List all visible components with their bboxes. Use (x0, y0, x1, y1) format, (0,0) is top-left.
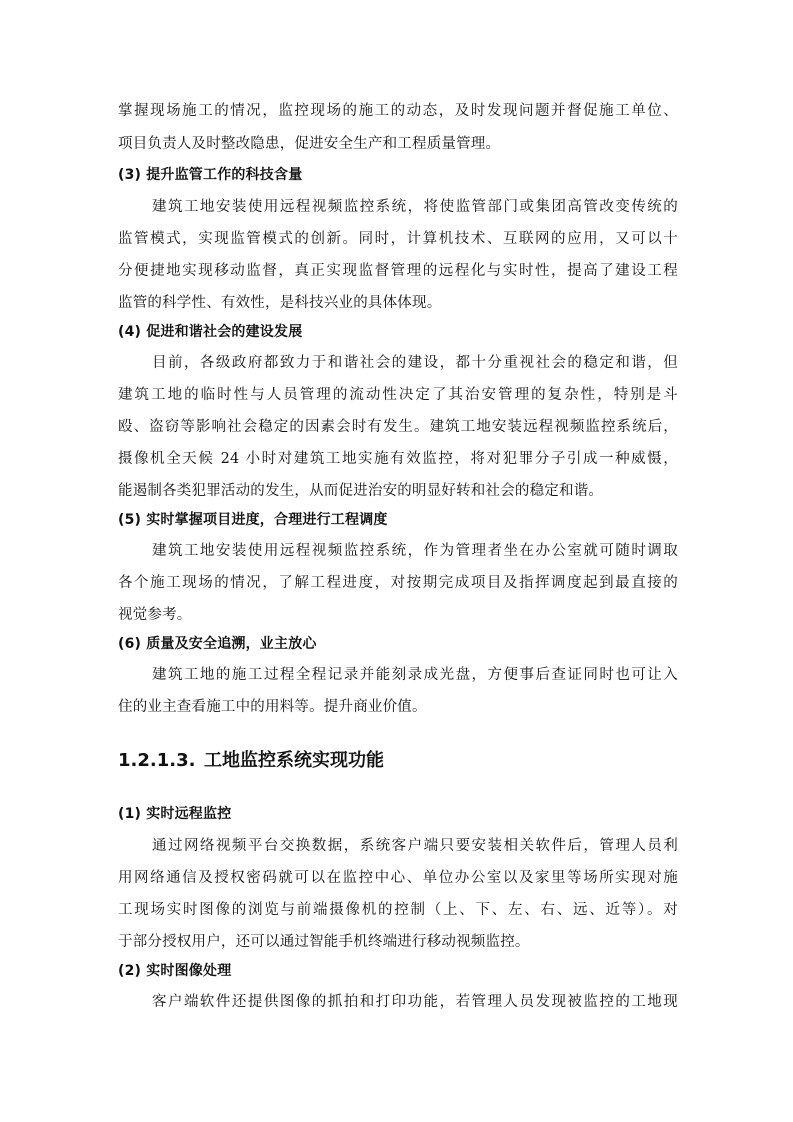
paragraph-line: 殴、盗窃等影响社会稳定的因素会时有发生。建筑工地安装远程视频监控系统后， (118, 417, 678, 437)
paragraph-line: 客户端软件还提供图像的抓拍和打印功能，若管理人员发现被监控的工地现 (152, 992, 678, 1012)
paragraph-line: 建筑工地的临时性与人员管理的流动性决定了其治安管理的复杂性，特别是斗 (118, 385, 678, 405)
document-page: 掌握现场施工的情况，监控现场的施工的动态，及时发现问题并督促施工单位、 项目负责… (0, 0, 793, 1122)
paragraph-line: 建筑工地安装使用远程视频监控系统，将使监管部门或集团高管改变传统的 (152, 197, 678, 217)
paragraph-line: 摄像机全天候 24 小时对建筑工地实施有效监控，将对犯罪分子引成一种威慑， (118, 449, 678, 469)
paragraph-line: 工现场实时图像的浏览与前端摄像机的控制（上、下、左、右、远、近等）。对 (118, 900, 678, 920)
paragraph-line: 监管模式，实现监管模式的创新。同时，计算机技术、互联网的应用，又可以十 (118, 229, 678, 249)
section-title: 工地监控系统实现功能 (204, 750, 384, 771)
paragraph-line: 视觉参考。 (118, 605, 678, 625)
paragraph-line: 用网络通信及授权密码就可以在监控中心、单位办公室以及家里等场所实现对施 (118, 868, 678, 888)
subheading-4: (4) 促进和谐社会的建设发展 (118, 322, 678, 342)
paragraph-line: 通过网络视频平台交换数据，系统客户端只要安装相关软件后，管理人员利 (152, 836, 678, 856)
section-heading: 1.2.1.3.工地监控系统实现功能 (118, 749, 384, 773)
subheading-5: (5) 实时掌握项目进度，合理进行工程调度 (118, 510, 678, 530)
subheading-3: (3) 提升监管工作的科技含量 (118, 165, 678, 185)
paragraph-line: 建筑工地的施工过程全程记录并能刻录成光盘，方便事后查证同时也可让入 (152, 665, 678, 685)
paragraph-line: 分便捷地实现移动监督，真正实现监督管理的远程化与实时性，提高了建设工程 (118, 261, 678, 281)
paragraph-line: 于部分授权用户，还可以通过智能手机终端进行移动视频监控。 (118, 932, 678, 952)
paragraph-line: 住的业主查看施工中的用料等。提升商业价值。 (118, 697, 678, 717)
paragraph-line: 建筑工地安装使用远程视频监控系统，作为管理者坐在办公室就可随时调取 (152, 541, 678, 561)
section-number: 1.2.1.3. (118, 749, 204, 773)
subheading-6: (6) 质量及安全追溯，业主放心 (118, 634, 678, 654)
paragraph-line: 项目负责人及时整改隐患，促进安全生产和工程质量管理。 (118, 134, 678, 154)
paragraph-line: 目前，各级政府都致力于和谐社会的建设，都十分重视社会的稳定和谐，但 (152, 353, 678, 373)
paragraph-line: 监管的科学性、有效性，是科技兴业的具体体现。 (118, 293, 678, 313)
subheading-1: (1) 实时远程监控 (118, 804, 678, 824)
paragraph-line: 掌握现场施工的情况，监控现场的施工的动态，及时发现问题并督促施工单位、 (118, 101, 678, 121)
paragraph-line: 能遏制各类犯罪活动的发生，从而促进治安的明显好转和社会的稳定和谐。 (118, 481, 678, 501)
subheading-2: (2) 实时图像处理 (118, 961, 678, 981)
paragraph-line: 各个施工现场的情况，了解工程进度，对按期完成项目及指挥调度起到最直接的 (118, 573, 678, 593)
